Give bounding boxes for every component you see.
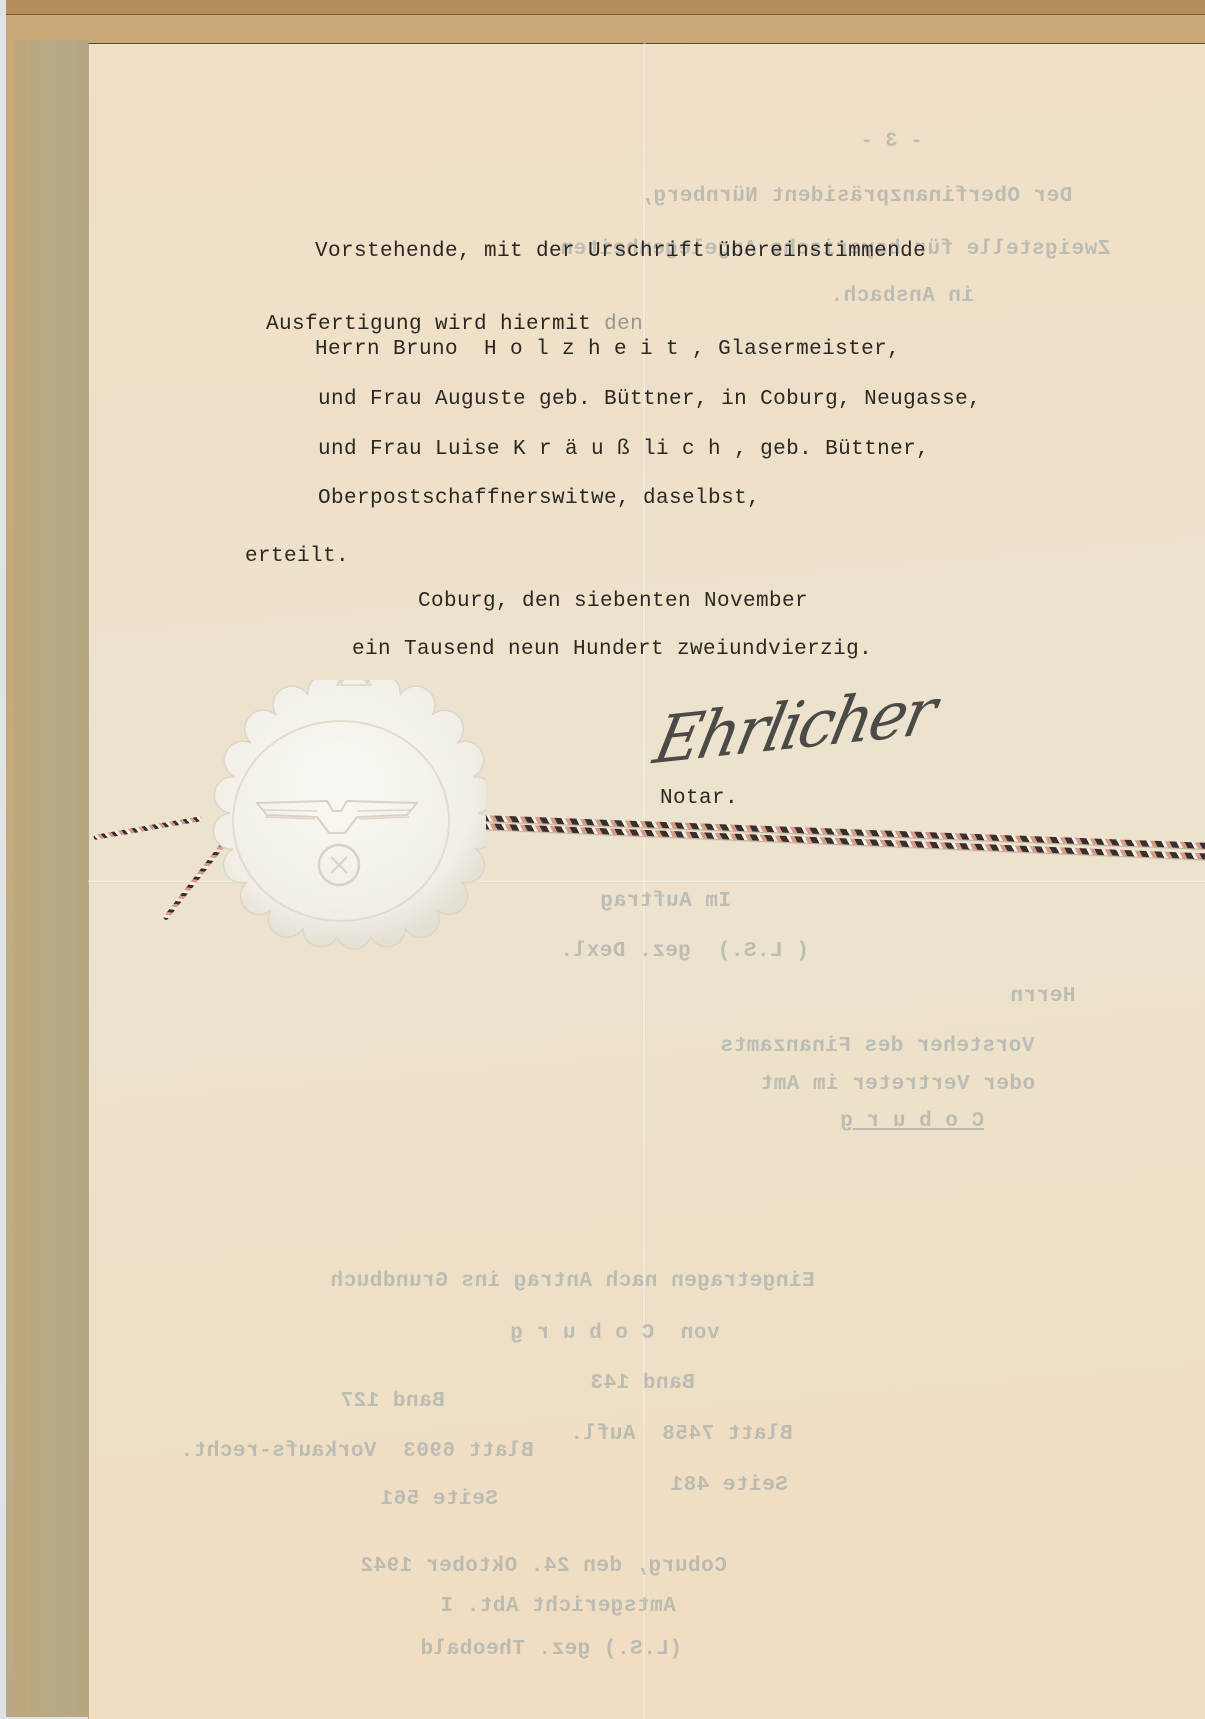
show-through-page-marker: - 3 -	[860, 130, 923, 153]
show-through-line: Coburg, den 24. Oktober 1942	[360, 1555, 727, 1578]
show-through-line: Der Oberfinanzpräsident Nürnberg,	[640, 185, 1072, 208]
show-through-line: oder Vertreter im Amt	[760, 1073, 1035, 1096]
show-through-line: Herrn	[1010, 985, 1076, 1008]
embossed-notary-seal	[188, 680, 486, 950]
body-line-2-faded: den	[604, 313, 643, 336]
show-through-line: von C o b u r g	[510, 1322, 720, 1345]
show-through-line: Seite 481	[670, 1474, 788, 1497]
show-through-line: Seite 561	[380, 1488, 498, 1511]
show-through-line: Blatt 6903 Vorkaufs-recht.	[180, 1440, 534, 1463]
show-through-line: Band 127	[340, 1390, 445, 1413]
body-line-2: Ausfertigung wird hiermit den	[240, 290, 643, 336]
body-line-7-issued: erteilt.	[245, 545, 349, 568]
show-through-line: Eingetragen nach Antrag ins Grundbuch	[330, 1270, 815, 1293]
body-line-1: Vorstehende, mit der Urschrift übereinst…	[315, 240, 926, 263]
body-line-6-occupation: Oberpostschaffnerswitwe, daselbst,	[318, 487, 760, 510]
show-through-line: (L.S.) gez. Theobald	[420, 1638, 682, 1661]
show-through-line: Amtsgericht Abt. I	[440, 1595, 676, 1618]
body-line-8-place-date: Coburg, den siebenten November	[418, 590, 808, 613]
show-through-line: Vorsteher des Finanzamts	[720, 1035, 1034, 1058]
show-through-line: Band 143	[590, 1372, 695, 1395]
show-through-line: Blatt 7458 Aufl.	[570, 1423, 793, 1446]
body-line-2-main: Ausfertigung wird hiermit	[266, 313, 591, 336]
show-through-line: ( L.S.) gez. Dexl.	[560, 940, 809, 963]
body-line-3-recipient-1: Herrn Bruno H o l z h e i t , Glasermeis…	[315, 338, 900, 361]
folder-top-edge	[6, 0, 1205, 15]
folder-binding-band	[14, 40, 88, 1717]
notary-label: Notar.	[660, 787, 738, 810]
show-through-line: Im Auftrag	[600, 890, 731, 913]
body-line-5-recipient-3: und Frau Luise K r ä u ß li c h , geb. B…	[318, 438, 929, 461]
body-line-9-year: ein Tausend neun Hundert zweiundvierzig.	[352, 638, 872, 661]
body-line-4-recipient-2: und Frau Auguste geb. Büttner, in Coburg…	[318, 388, 981, 411]
show-through-line: in Ansbach.	[830, 285, 974, 308]
show-through-line: C o b u r g	[840, 1110, 984, 1133]
seal-eagle-icon	[188, 680, 486, 950]
